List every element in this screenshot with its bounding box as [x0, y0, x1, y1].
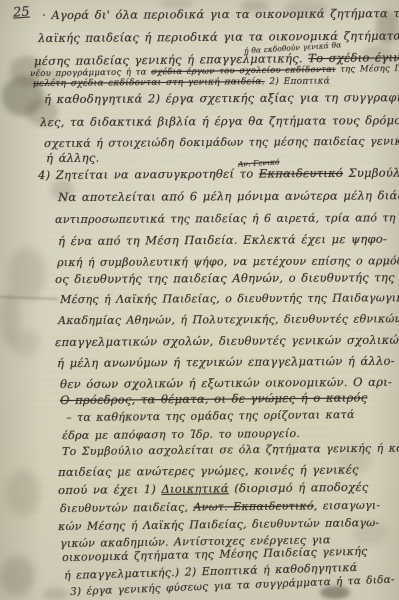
line-segment-plain: Συμβούλιο. [343, 165, 399, 180]
line-segment-plain: Μέσης ή Λαϊκής Παιδείας, ο διευθυντής τη… [60, 291, 399, 306]
line-segment-strike: μελέτη σχέδια εκδίδονται στη γενική παιδ… [33, 77, 265, 89]
line-segment-plain: ή άλλης. [46, 151, 99, 165]
line-segment-plain: λαϊκής παιδείας ή περιοδικά για τα οικον… [38, 28, 399, 45]
manuscript-line: λες, τα διδακτικά βιβλία ή έργα θα ζητήμ… [40, 115, 399, 128]
line-segment-plain: έδρα με απόφαση το Ίδρ. το υπουργείο. [62, 427, 300, 442]
manuscript-line: – τα καθήκοντα της ομάδας της ορίζονται … [66, 409, 355, 423]
manuscript-line: σχετικά ή στοιχειώδη δοκιμάδων της μέσης… [44, 135, 399, 149]
smudge [42, 588, 68, 600]
manuscript-line: κών Μέσης ή Λαϊκής Παιδείας, διευθυντών … [58, 517, 379, 532]
manuscript-line: ή καθοδηγητικά 2) έργα σχετικής αξίας γι… [44, 92, 399, 105]
line-segment-plain: Ακαδημίας Αθηνών, ή Πολυτεχνικής, διευθυ… [58, 312, 399, 327]
manuscript-line: Μέσης ή Λαϊκής Παιδείας, ο διευθυντής τη… [60, 292, 399, 305]
manuscript-line: αντιπροσωπευτικά της παιδείας ή 6 αιρετά… [55, 212, 399, 225]
line-segment-strike: σχέδια έργων του σχολείου εκδίδονται [151, 65, 336, 78]
manuscript-line: έδρα με απόφαση το Ίδρ. το υπουργείο. [62, 428, 300, 441]
manuscript-line: Το Συμβούλιο ασχολείται σε όλα ζητήματα … [62, 442, 399, 457]
manuscript-line: επαγγελματικών σχολών, διευθυντές γενικώ… [55, 335, 399, 349]
manuscript-line: ος διευθυντής της παιδείας Αθηνών, ο διε… [55, 272, 395, 285]
manuscript-line: θεν όσων σχολικών ή εξωτικών οικονομικών… [60, 377, 392, 391]
smudge [6, 470, 40, 516]
smudge [0, 290, 20, 345]
line-segment-plain: της Μέσης Παιδείας [336, 63, 399, 74]
manuscript-line: οπού να έχει 1) Διοικητικά (διορισμό ή α… [58, 482, 369, 497]
line-segment-plain: παιδείας με ανώτερες γνώμες, κοινές ή γε… [58, 462, 359, 479]
line-segment-plain: οπού να έχει 1) [58, 482, 162, 497]
page-number: 25 [12, 4, 30, 20]
smudge [0, 556, 34, 596]
line-segment-strike: Ο πρόεδρος, τα θέματα, οι δε γνώμες ή ο … [60, 390, 367, 407]
manuscript-line: Ακαδημίας Αθηνών, ή Πολυτεχνικής, διευθυ… [58, 313, 399, 326]
manuscript-line: · Αγορά δι' όλα περιοδικά για τα οικονομ… [42, 8, 399, 21]
line-segment-plain: ή μέλη ανωνύμων ή τεχνικών επαγγελματιών… [57, 354, 395, 370]
paper-crease [0, 296, 58, 300]
line-segment-plain: · Αγορά δι' όλα περιοδικά για τα οικονομ… [42, 6, 399, 22]
line-segment-plain: λες, τα διδακτικά βιβλία ή έργα θα ζητήμ… [40, 113, 399, 129]
manuscript-line: ή μέλη ανωνύμων ή τεχνικών επαγγελματιών… [57, 356, 395, 370]
manuscript-line: Να αποτελείται από 6 μέλη μόνιμα ανώτερα… [58, 190, 399, 203]
line-segment-plain: αντιπροσωπευτικά της παιδείας ή 6 αιρετά… [55, 211, 399, 226]
line-segment-plain: Να αποτελείται από 6 μέλη μόνιμα ανώτερα… [58, 188, 399, 204]
smudge [8, 248, 46, 300]
line-segment-plain: – τα καθήκοντα της ομάδας της ορίζονται … [66, 408, 355, 424]
line-segment-plain: επαγγελματικών σχολών, διευθυντές γενικώ… [55, 333, 399, 349]
line-segment-plain: ή ένα από τη Μέση Παιδεία. Εκλεκτά έχει … [58, 232, 387, 248]
line-segment-strike: Ανωτ. Εκπαιδευτικό [193, 499, 313, 513]
manuscript-line: παιδείας με ανώτερες γνώμες, κοινές ή γε… [58, 464, 359, 478]
line-segment-plain: διευθυντών παιδείας, [60, 501, 194, 515]
line-segment-underline: Διοικητικά [161, 481, 229, 496]
manuscript-line: μελέτη σχέδια εκδίδονται στη γενική παιδ… [33, 77, 330, 89]
line-segment-plain: , εισαγωγι- [314, 499, 381, 513]
line-segment-plain: ος διευθυντής της παιδείας Αθηνών, ο διε… [55, 270, 395, 286]
manuscript-line: ή άλλης. [46, 153, 99, 165]
line-segment-plain: Το Συμβούλιο ασχολείται σε όλα ζητήματα … [62, 441, 399, 458]
line-segment-plain: (διορισμό ή αποδοχές [229, 480, 369, 495]
manuscript-line: ή ένα από τη Μέση Παιδεία. Εκλεκτά έχει … [58, 234, 387, 248]
manuscript-page: 25 · Αγορά δι' όλα περιοδικά για τα οικο… [0, 0, 399, 600]
line-segment-plain: 4) Ζητείται να ανασυγκροτηθεί το [38, 166, 259, 182]
smudge [10, 330, 40, 356]
line-segment-strike: Εκπαιδευτικό [259, 166, 343, 181]
line-segment-plain: 2) Εποπτικά [265, 76, 330, 87]
line-segment-plain: θεν όσων σχολικών ή εξωτικών οικονομικών… [60, 375, 392, 391]
line-segment-plain: ρική ή συμβουλευτική ψήφο, να μετέχουν ε… [57, 254, 399, 269]
line-segment-plain: ή καθοδηγητικά 2) έργα σχετικής αξίας γι… [44, 90, 399, 106]
manuscript-line: 4) Ζητείται να ανασυγκροτηθεί το Εκπαιδε… [38, 167, 399, 181]
line-segment-strike: Το σχέδιο έγινε των [308, 50, 399, 65]
line-segment-plain: σχετικά ή στοιχειώδη δοκιμάδων της μέσης… [44, 134, 399, 150]
manuscript-line: λαϊκής παιδείας ή περιοδικά για τα οικον… [38, 30, 399, 44]
manuscript-line: ρική ή συμβουλευτική ψήφο, να μετέχουν ε… [57, 255, 399, 268]
manuscript-line: Ο πρόεδρος, τα θέματα, οι δε γνώμες ή ο … [60, 392, 367, 406]
manuscript-line: διευθυντών παιδείας, Ανωτ. Εκπαιδευτικό,… [60, 500, 380, 514]
line-segment-plain: κών Μέσης ή Λαϊκής Παιδείας, διευθυντών … [58, 516, 379, 533]
